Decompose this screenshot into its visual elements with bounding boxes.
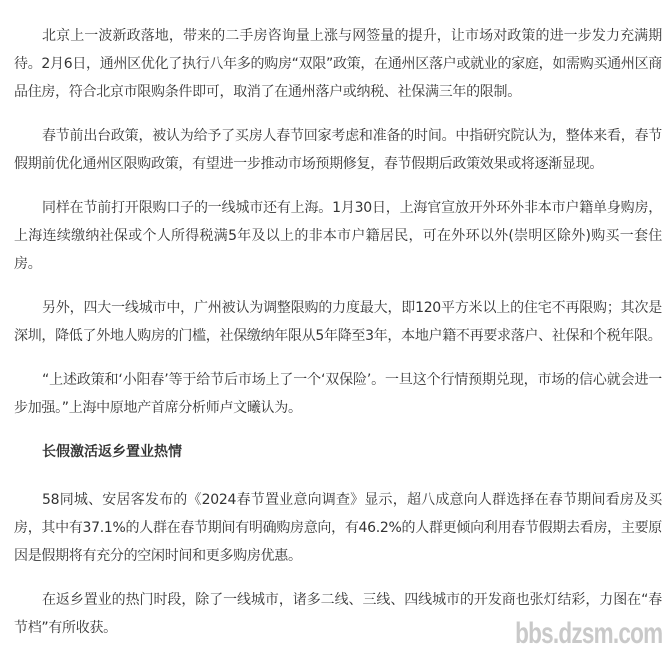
section-heading: 长假激活返乡置业热情 (14, 438, 662, 466)
article-body: 北京上一波新政落地，带来的二手房咨询量上涨与网签量的提升，让市场对政策的进一步发… (14, 22, 662, 657)
paragraph-survey: 58同城、安居客发布的《2024春节置业意向调查》显示，超八成意向人群选择在春节… (14, 486, 662, 570)
paragraph-analyst-quote: “上述政策和‘小阳春’等于给节后市场上了一个‘双保险’。一旦这个行情预期兑现，市… (14, 366, 662, 422)
paragraph-spring-festival-timing: 春节前出台政策，被认为给予了买房人春节回家考虑和准备的时间。中指研究院认为，整体… (14, 122, 662, 178)
paragraph-shanghai-policy: 同样在节前打开限购口子的一线城市还有上海。1月30日，上海官宣放开外环外非本市户… (14, 194, 662, 278)
watermark: bbs.dzsm.com (515, 617, 662, 651)
paragraph-guangzhou-shenzhen: 另外，四大一线城市中，广州被认为调整限购的力度最大，即120平方米以上的住宅不再… (14, 294, 662, 350)
paragraph-beijing-policy: 北京上一波新政落地，带来的二手房咨询量上涨与网签量的提升，让市场对政策的进一步发… (14, 22, 662, 106)
